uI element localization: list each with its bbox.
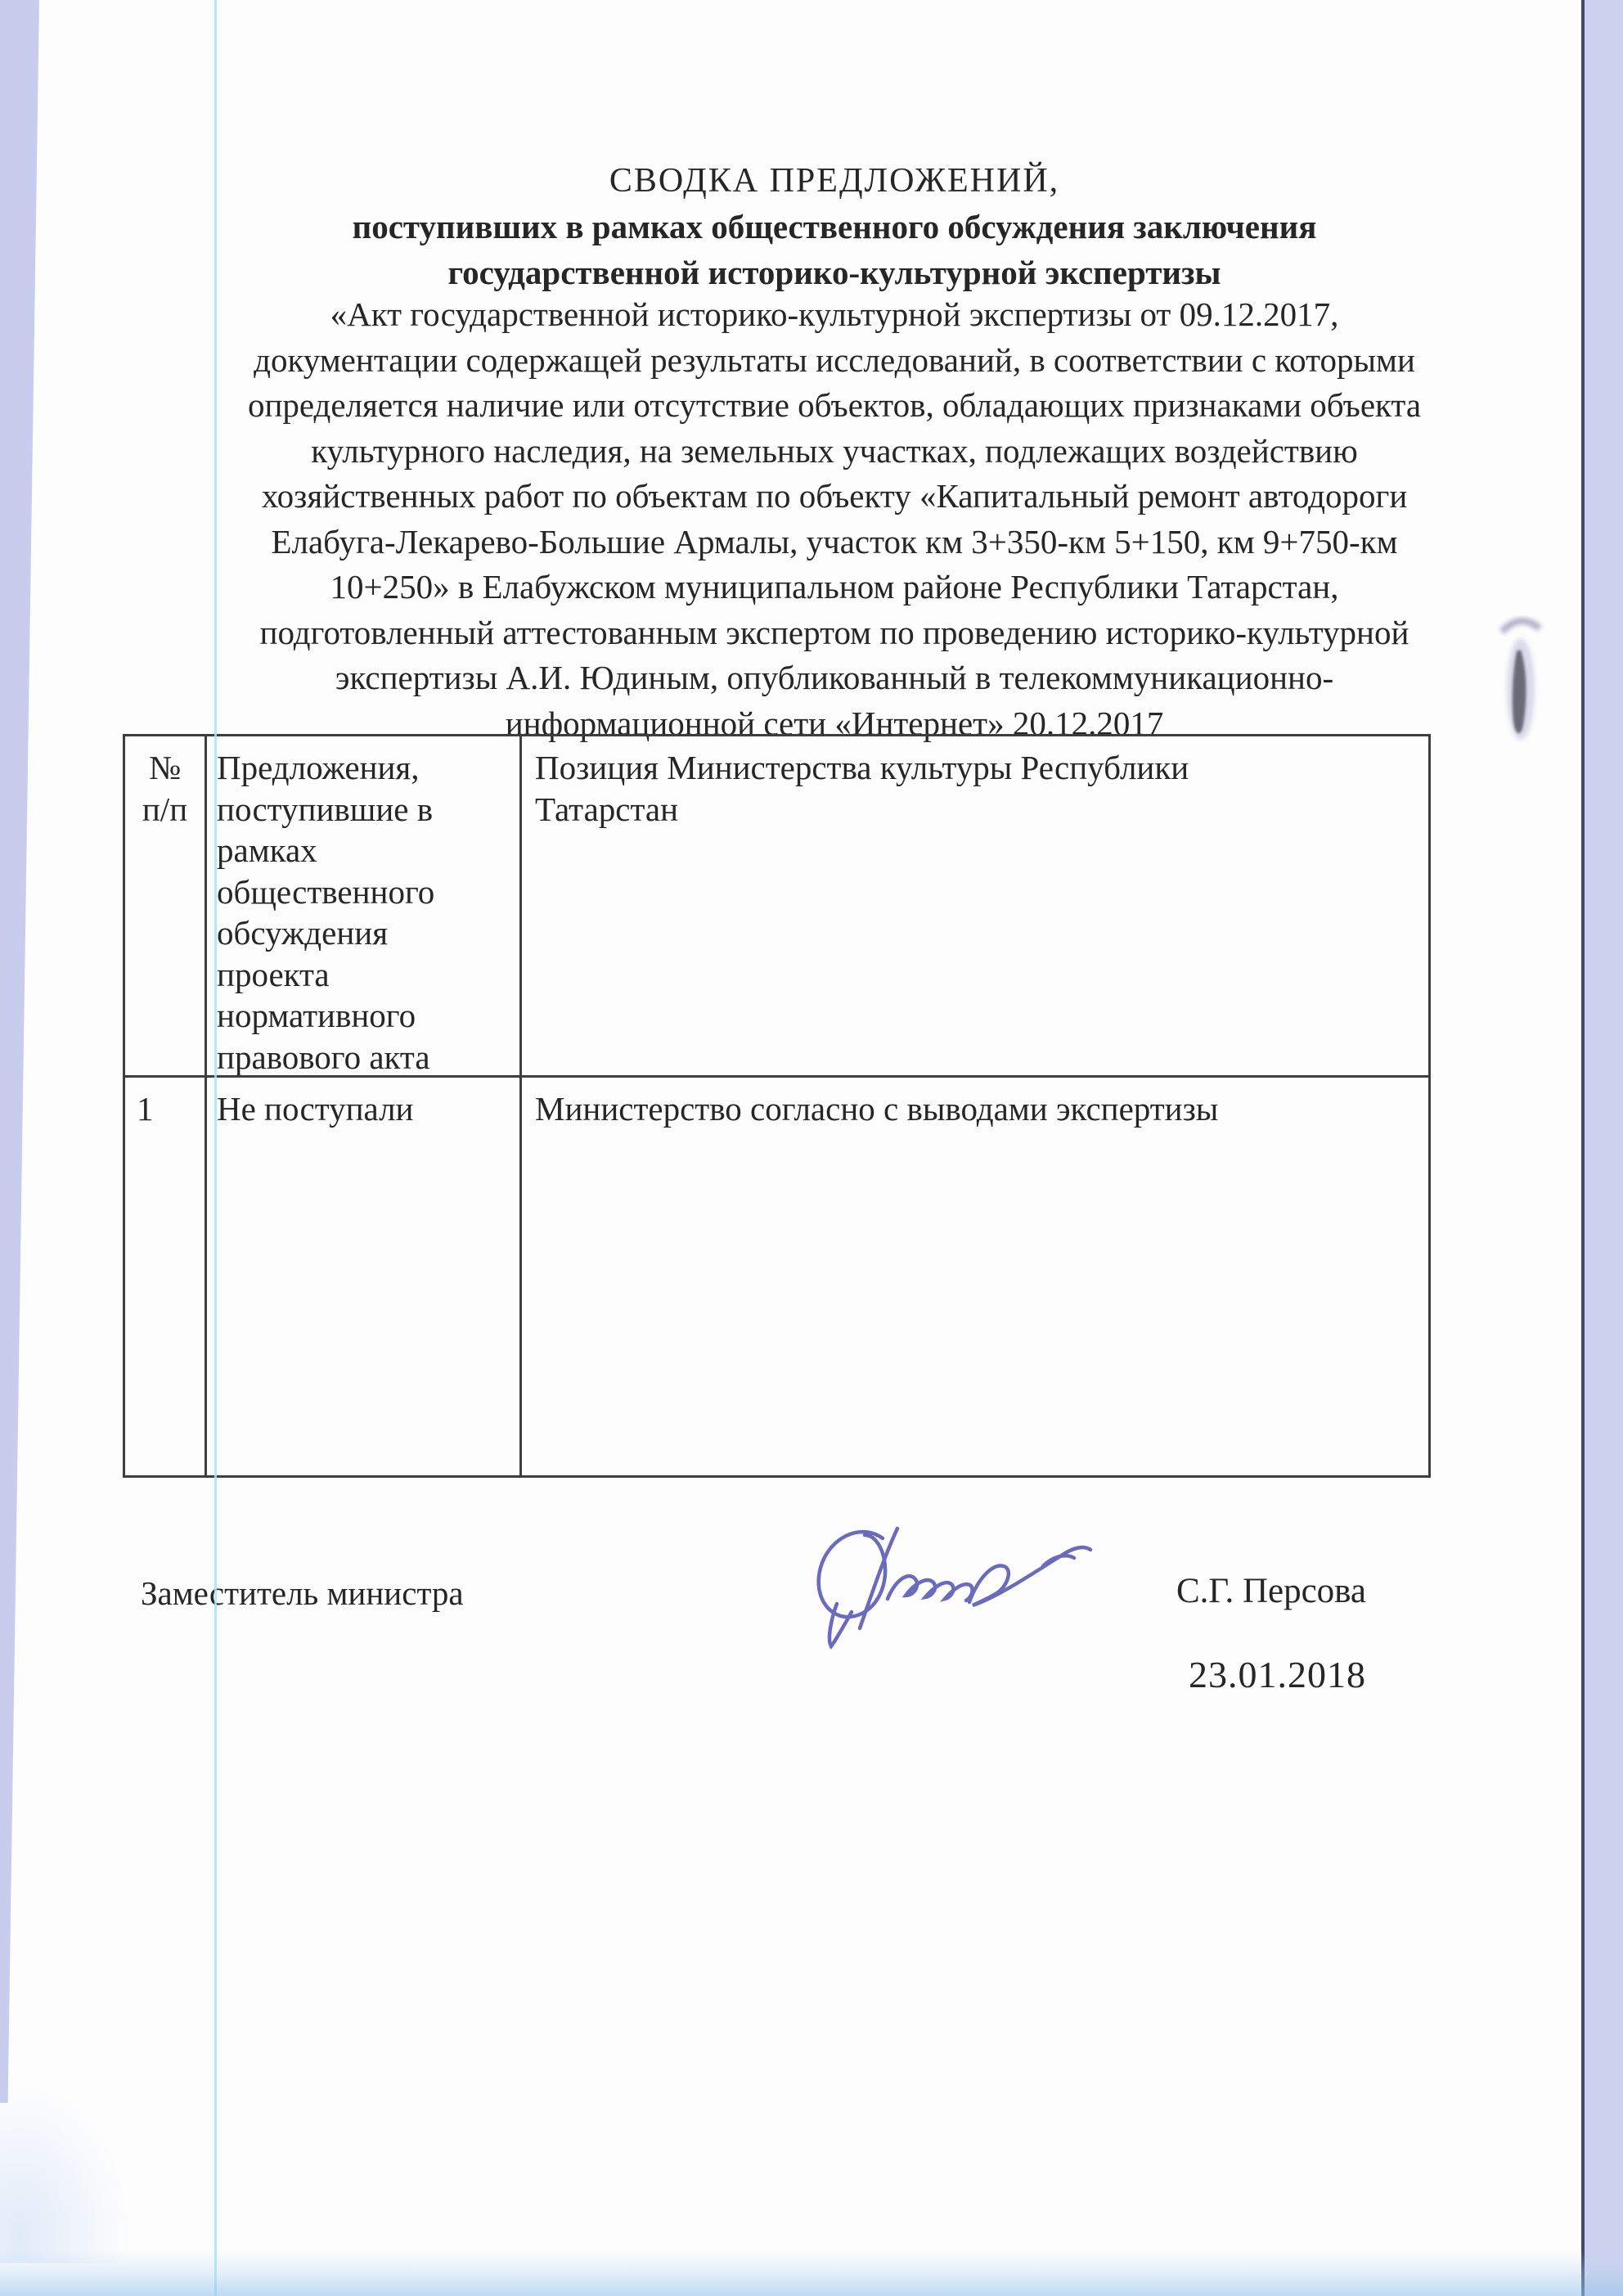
header-line: №: [127, 747, 203, 789]
table-row-proposals-cell: Не поступали: [207, 1078, 522, 1475]
signer-name: С.Г. Персова: [1176, 1571, 1366, 1611]
table-header-ministry-position: Позиция Министерства культуры Республики…: [522, 736, 1428, 1078]
header-line: Предложения,: [217, 747, 513, 789]
header-line: Татарстан: [535, 789, 1422, 831]
intro-line: экспертизы А.И. Юдиным, опубликованный в…: [70, 655, 1599, 701]
page-title: СВОДКА ПРЕДЛОЖЕНИЙ,: [70, 161, 1599, 200]
intro-line: определяется наличие или отсутствие объе…: [70, 383, 1599, 429]
row-number: 1: [137, 1088, 203, 1130]
intro-line: 10+250» в Елабужском муниципальном район…: [70, 565, 1599, 610]
scan-noise-bottom: [0, 2250, 1623, 2296]
intro-line: документации содержащей результаты иссле…: [70, 338, 1599, 384]
table-header-number: № п/п: [125, 736, 207, 1078]
signer-job-title: Заместитель министра: [141, 1573, 464, 1613]
scanner-streak-line: [214, 0, 217, 2296]
scan-edge-left-strip: [0, 0, 39, 2103]
header-line: рамках: [217, 830, 513, 871]
header-line: правового акта: [217, 1037, 513, 1078]
intro-line: культурного наследия, на земельных участ…: [70, 429, 1599, 475]
intro-line: «Акт государственной историко-культурной…: [70, 292, 1599, 338]
table-row-position-cell: Министерство согласно с выводами эксперт…: [522, 1078, 1428, 1475]
intro-line: подготовленный аттестованным экспертом п…: [70, 610, 1599, 656]
ink-smudge: [1490, 607, 1556, 763]
header-line: Позиция Министерства культуры Республики: [535, 747, 1422, 789]
handwritten-signature: [798, 1520, 1100, 1659]
header-line: п/п: [127, 789, 203, 831]
header-line: нормативного: [217, 995, 513, 1037]
header-line: обсуждения: [217, 912, 513, 954]
page-subtitle-line-2: государственной историко-культурной эксп…: [70, 253, 1599, 292]
intro-line: Елабуга-Лекарево-Большие Армалы, участок…: [70, 520, 1599, 565]
row-position-value: Министерство согласно с выводами эксперт…: [535, 1088, 1422, 1130]
header-line: проекта: [217, 954, 513, 996]
header-line: общественного: [217, 871, 513, 913]
intro-paragraph: «Акт государственной историко-культурной…: [70, 292, 1599, 746]
page-subtitle-line-1: поступивших в рамках общественного обсуж…: [70, 207, 1599, 246]
table-header-proposals: Предложения, поступившие в рамках общест…: [207, 736, 522, 1078]
scan-noise-bottom-left: [0, 2083, 131, 2263]
signature-date: 23.01.2018: [1189, 1653, 1366, 1696]
scan-edge-right-strip: [1585, 0, 1623, 2296]
table-row-number-cell: 1: [125, 1078, 207, 1475]
proposals-table: № п/п Предложения, поступившие в рамках …: [123, 734, 1431, 1478]
header-line: поступившие в: [217, 789, 513, 831]
row-proposals-value: Не поступали: [217, 1088, 513, 1130]
scanned-document-page: СВОДКА ПРЕДЛОЖЕНИЙ, поступивших в рамках…: [0, 0, 1623, 2296]
intro-line: хозяйственных работ по объектам по объек…: [70, 474, 1599, 520]
